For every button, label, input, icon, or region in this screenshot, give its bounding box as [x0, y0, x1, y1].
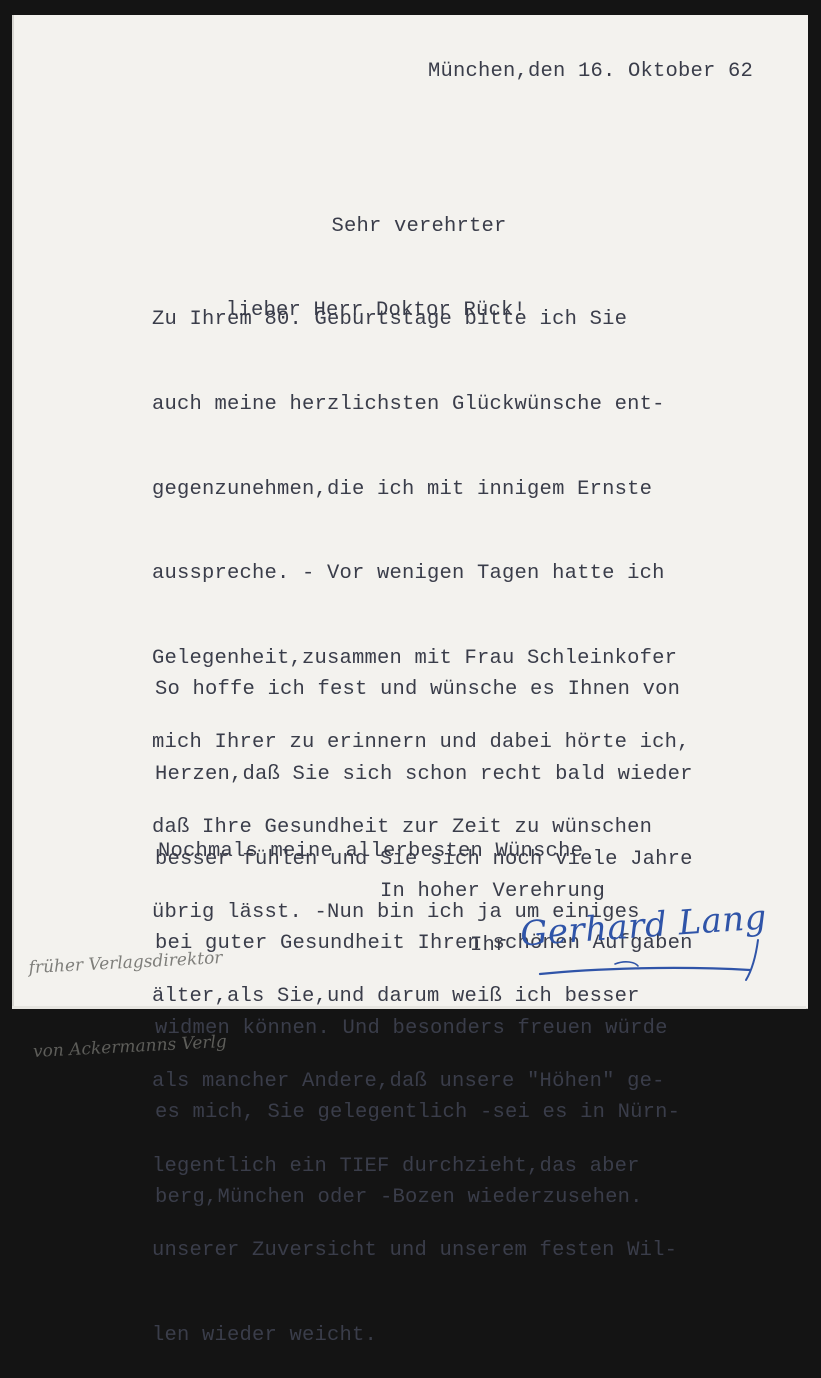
salutation-line: Sehr verehrter [226, 213, 526, 241]
closing-line: Nochmals meine allerbesten Wünsche [158, 838, 583, 866]
text-line: Herzen,daß Sie sich schon recht bald wie… [155, 761, 693, 789]
text-line: ausspreche. - Vor wenigen Tagen hatte ic… [152, 560, 690, 588]
text-line: widmen können. Und besonders freuen würd… [155, 1015, 693, 1024]
handwritten-note: früher Verlagsdirektor von Ackermanns Ve… [25, 888, 229, 1024]
text-line: Zu Ihrem 80. Geburtstage bitte ich Sie [152, 306, 690, 334]
signature: Gerhard Lang [520, 900, 790, 990]
text-line: gegenzunehmen,die ich mit innigem Ernste [152, 476, 690, 504]
signature-underline-icon [520, 900, 790, 990]
text-line: auch meine herzlichsten Glückwünsche ent… [152, 391, 690, 419]
letter-date: München,den 16. Oktober 62 [428, 58, 753, 86]
note-line: früher Verlagsdirektor [28, 944, 223, 982]
text-line: So hoffe ich fest und wünsche es Ihnen v… [155, 676, 693, 704]
signoff: Ihr [470, 932, 508, 960]
